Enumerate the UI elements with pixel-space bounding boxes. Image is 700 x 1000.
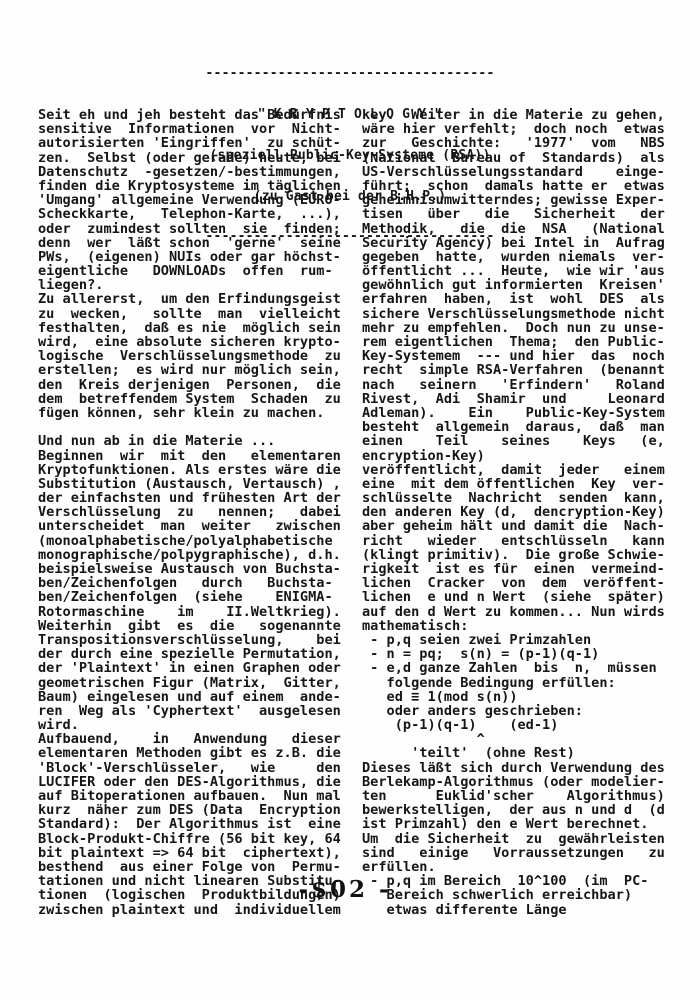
text-line: besteht allgemein daraus, daß man	[362, 420, 682, 434]
text-line: (monoalphabetische/polyalphabetische	[38, 534, 358, 548]
text-line: Datenschutz -gesetzen/-bestimmungen,	[38, 165, 358, 179]
text-line: nach seinern 'Erfindern' Roland	[362, 378, 682, 392]
text-line: sind einige Vorraussetzungen zu	[362, 846, 682, 860]
text-line: (National Bureau of Standards) als	[362, 151, 682, 165]
left-column: Seit eh und jeh besteht das Bedürfnissen…	[38, 108, 358, 917]
text-line: PWs, (eigenen) NUIs oder gar höchst-	[38, 250, 358, 264]
text-line: der 'Plaintext' in einen Graphen oder	[38, 661, 358, 675]
text-line: Weiterhin gibt es die sogenannte	[38, 619, 358, 633]
text-line: (klingt primitiv). Die große Schwie-	[362, 548, 682, 562]
text-line: Verschlüsselung zu nennen; dabei	[38, 505, 358, 519]
text-line: finden die Kryptosysteme im täglichen	[38, 179, 358, 193]
text-line: führt; schon damals hatte er etwas	[362, 179, 682, 193]
text-line: auf den d Wert zu kommen... Nun wirds	[362, 605, 682, 619]
text-line: ben/Zeichenfolgen (siehe ENIGMA-	[38, 590, 358, 604]
text-line: erstellen; es wird nur möglich sein,	[38, 363, 358, 377]
text-line: zur Geschichte: '1977' vom NBS	[362, 136, 682, 150]
text-line: Beginnen wir mit den elementaren	[38, 449, 358, 463]
text-line: Block-Produkt-Chiffre (56 bit key, 64	[38, 832, 358, 846]
text-line: - p,q seien zwei Primzahlen	[362, 633, 682, 647]
text-line: eine mit dem öffentlichen Key ver-	[362, 477, 682, 491]
text-line: Seit eh und jeh besteht das Bedürfnis	[38, 108, 358, 122]
right-column: key. Weiter in die Materie zu gehen,wäre…	[362, 108, 682, 917]
text-line: schlüsselte Nachricht senden kann,	[362, 491, 682, 505]
text-line: auf Bitoperationen aufbauen. Nun mal	[38, 789, 358, 803]
text-line: Aufbauend, in Anwendung dieser	[38, 732, 358, 746]
text-line: Transpositionsverschlüsselung, bei	[38, 633, 358, 647]
text-line: Substitution (Austausch, Vertausch) ,	[38, 477, 358, 491]
text-line: veröffentlicht, damit jeder einem	[362, 463, 682, 477]
text-line: - e,d ganze Zahlen bis n, müssen	[362, 661, 682, 675]
text-line: fügen können, sehr klein zu machen.	[38, 406, 358, 420]
text-line: lichen Cracker von dem veröffent-	[362, 576, 682, 590]
text-line: Dieses läßt sich durch Verwendung des	[362, 761, 682, 775]
text-line: Key-Systemem --- und hier das noch	[362, 349, 682, 363]
text-line: folgende Bedingung erfüllen:	[362, 676, 682, 690]
header-rule-top: ------------------------------------	[0, 67, 700, 81]
text-line: Methodik, die die NSA (National	[362, 222, 682, 236]
text-line	[38, 420, 358, 434]
text-line: Und nun ab in die Materie ...	[38, 434, 358, 448]
text-line: encryption-Key)	[362, 449, 682, 463]
text-line: der einfachsten und frühesten Art der	[38, 491, 358, 505]
text-line: sensitive Informationen vor Nicht-	[38, 122, 358, 136]
text-line: beispielsweise Austausch von Buchsta-	[38, 562, 358, 576]
text-line: festhalten, daß es nie möglich sein	[38, 321, 358, 335]
text-line: Zu allererst, um den Erfindungsgeist	[38, 292, 358, 306]
scanned-document-page: ------------------------------------ " K…	[0, 0, 700, 1000]
text-line: ^	[362, 732, 682, 746]
text-line: ben/Zeichenfolgen durch Buchsta-	[38, 576, 358, 590]
text-line: US-Verschlüsselungsstandard einge-	[362, 165, 682, 179]
text-line: mathematisch:	[362, 619, 682, 633]
text-line: key. Weiter in die Materie zu gehen,	[362, 108, 682, 122]
text-line: - n = pq; s(n) = (p-1)(q-1)	[362, 647, 682, 661]
text-line: denn wer läßt schon 'gerne' seine	[38, 236, 358, 250]
text-line: eigentliche DOWNLOADs offen rum-	[38, 264, 358, 278]
text-line: Berlekamp-Algorithmus (oder modelier-	[362, 775, 682, 789]
page-number: -$02 -	[0, 876, 690, 903]
text-line: erfüllen.	[362, 860, 682, 874]
text-line: Um die Sicherheit zu gewährleisten	[362, 832, 682, 846]
text-line: Security Agency) bei Intel in Aufrag	[362, 236, 682, 250]
text-line: zu wecken, sollte man vielleicht	[38, 307, 358, 321]
text-line: wäre hier verfehlt; doch noch etwas	[362, 122, 682, 136]
text-line: tisen über die Sicherheit der	[362, 207, 682, 221]
text-line: Rotormaschine im II.Weltkrieg).	[38, 605, 358, 619]
text-line: Scheckkarte, Telephon-Karte, ...),	[38, 207, 358, 221]
text-line: Adleman). Ein Public-Key-System	[362, 406, 682, 420]
text-line: gewöhnlich gut informierten Kreisen'	[362, 278, 682, 292]
text-line: rigkeit ist es für einen vermeind-	[362, 562, 682, 576]
text-line: ed ≡ 1(mod s(n))	[362, 690, 682, 704]
text-line: oder anders geschrieben:	[362, 704, 682, 718]
text-line: logische Verschlüsselungsmethode zu	[38, 349, 358, 363]
text-line: geheimnisumwitterndes; gewisse Exper-	[362, 193, 682, 207]
text-line: etwas differente Länge	[362, 903, 682, 917]
text-line: ten Euklid'scher Algorithmus)	[362, 789, 682, 803]
text-line: zwischen plaintext und individuellem	[38, 903, 358, 917]
text-line: unterscheidet man weiter zwischen	[38, 519, 358, 533]
text-line: 'teilt' (ohne Rest)	[362, 746, 682, 760]
text-line: elementaren Methoden gibt es z.B. die	[38, 746, 358, 760]
text-line: den anderen Key (d, dencryption-Key)	[362, 505, 682, 519]
text-line: monographische/polpygraphische), d.h.	[38, 548, 358, 562]
text-line: wird, eine absolute sicheren krypto-	[38, 335, 358, 349]
text-line: einen Teil seines Keys (e,	[362, 434, 682, 448]
text-line: ren Weg als 'Cyphertext' ausgelesen	[38, 704, 358, 718]
text-line: richt wieder entschlüsseln kann	[362, 534, 682, 548]
text-line: 'Block'-Verschlüsseler, wie den	[38, 761, 358, 775]
text-line: 'Umgang' allgemeine Verwendung (EURO-	[38, 193, 358, 207]
text-line: liegen?.	[38, 278, 358, 292]
text-line: geometrischen Figur (Matrix, Gitter,	[38, 676, 358, 690]
text-line: Baum) eingelesen und auf einem ande-	[38, 690, 358, 704]
text-line: besthend aus einer Folge von Permu-	[38, 860, 358, 874]
text-line: bit plaintext => 64 bit ciphertext),	[38, 846, 358, 860]
text-line: öffentlicht ... Heute, wie wir 'aus	[362, 264, 682, 278]
text-line: den Kreis derjenigen Personen, die	[38, 378, 358, 392]
text-line: sichere Verschlüsselungsmethode nicht	[362, 307, 682, 321]
text-line: mehr zu empfehlen. Doch nun zu unse-	[362, 321, 682, 335]
text-line: lichen e und n Wert (siehe später)	[362, 590, 682, 604]
text-line: erfahren haben, ist wohl DES als	[362, 292, 682, 306]
text-line: (p-1)(q-1) (ed-1)	[362, 718, 682, 732]
text-line: ist Primzahl) den e Wert berechnet.	[362, 817, 682, 831]
text-line: oder zumindest sollten sie finden;	[38, 222, 358, 236]
text-line: Kryptofunktionen. Als erstes wäre die	[38, 463, 358, 477]
text-line: gegeben hatte, wurden niemals ver-	[362, 250, 682, 264]
text-line: Rivest, Adi Shamir und Leonard	[362, 392, 682, 406]
text-line: dem betreffendem System Schaden zu	[38, 392, 358, 406]
text-line: rem eigentlichen Thema; den Public-	[362, 335, 682, 349]
text-line: zen. Selbst (oder gerade) heute, bei	[38, 151, 358, 165]
text-line: der durch eine spezielle Permutation,	[38, 647, 358, 661]
text-line: LUCIFER oder den DES-Algorithmus, die	[38, 775, 358, 789]
text-line: aber geheim hält und damit die Nach-	[362, 519, 682, 533]
text-line: wird.	[38, 718, 358, 732]
text-line: kurz näher zum DES (Data Encryption	[38, 803, 358, 817]
text-line: bewerkstelligen, der aus n und d (d	[362, 803, 682, 817]
text-line: recht simple RSA-Verfahren (benannt	[362, 363, 682, 377]
text-line: autorisierten 'Eingriffen' zu schüt-	[38, 136, 358, 150]
text-line: Standard): Der Algorithmus ist eine	[38, 817, 358, 831]
